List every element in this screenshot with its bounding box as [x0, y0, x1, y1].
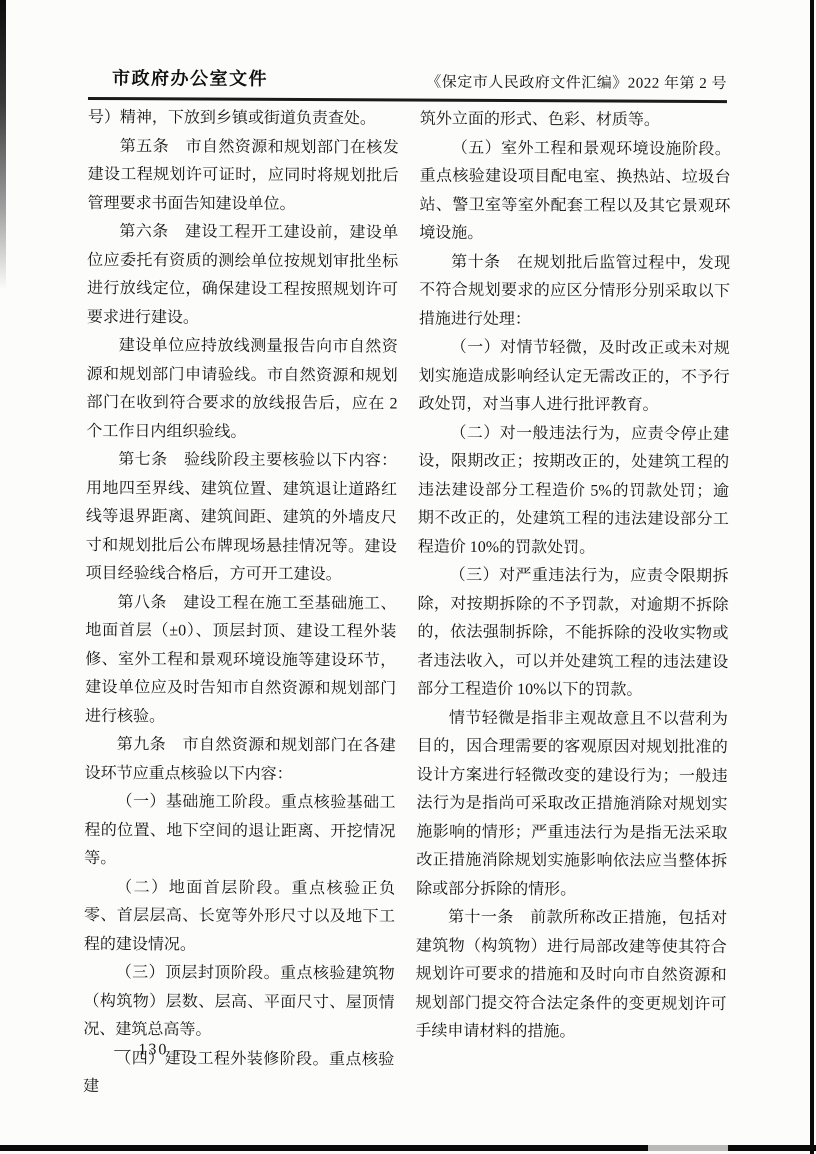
paragraph: 第八条 建设工程在施工至基础施工、地面首层（±0）、顶层封顶、建设工程外装修、室… [85, 588, 397, 732]
scan-edge-bottom-gap [648, 1145, 728, 1151]
scan-edge-right [810, 0, 814, 1154]
paragraph: 情节轻微是指非主观故意且不以营利为目的，因合理需要的客观原因对规划批准的设计方案… [416, 704, 728, 905]
paragraph: （一）基础施工阶段。重点核验基础工程的位置、地下空间的退让距离、开挖情况等。 [84, 788, 395, 875]
page-number: — 130 — [114, 1041, 192, 1059]
paragraph: （二）地面首层阶段。重点核验正负零、首层层高、长宽等外形尺寸以及地下工程的建设情… [84, 873, 395, 960]
paragraph: 第十一条 前款所称改正措施，包括对建筑物（构筑物）进行局部改建等使其符合规划许可… [415, 904, 727, 1048]
paragraph: 第七条 验线阶段主要核验以下内容：用地四至界线、建筑位置、建筑退让道路红线等退界… [86, 446, 398, 590]
right-column: 筑外立面的形式、色彩、材质等。（五）室外工程和景观环境设施阶段。重点核验建设项目… [415, 106, 731, 1105]
document-category-label: 市政府办公室文件 [88, 64, 268, 91]
paragraph: 第六条 建设工程开工建设前，建设单位应委托有资质的测绘单位按规划审批坐标进行放线… [87, 218, 399, 334]
paragraph: （五）室外工程和景观环境设施阶段。重点核验建设项目配电室、换热站、垃圾台站、警卫… [419, 134, 731, 250]
document-body: 号）精神，下放到乡镇或街道负责查处。第五条 市自然资源和规划部门在核发建设工程规… [83, 104, 731, 1105]
left-column: 号）精神，下放到乡镇或街道负责查处。第五条 市自然资源和规划部门在核发建设工程规… [83, 104, 399, 1103]
paragraph: 建设单位应持放线测量报告向市自然资源和规划部门申请验线。市自然资源和规划部门在收… [86, 332, 398, 448]
paragraph: （三）对严重违法行为，应责令限期拆除，对按期拆除的不予罚款，对逾期不拆除的，依法… [417, 562, 729, 706]
page-header: 市政府办公室文件 《保定市人民政府文件汇编》2022 年第 2 号 [88, 64, 727, 103]
compilation-title: 《保定市人民政府文件汇编》2022 年第 2 号 [426, 71, 727, 93]
page-content: 市政府办公室文件 《保定市人民政府文件汇编》2022 年第 2 号 号）精神，下… [0, 0, 816, 1154]
paragraph: 筑外立面的形式、色彩、材质等。 [420, 106, 731, 136]
paragraph: （三）顶层封顶阶段。重点核验建筑物（构筑物）层数、层高、平面尺寸、屋顶情况、建筑… [83, 959, 394, 1046]
paragraph: 第九条 市自然资源和规划部门在各建设环节应重点核验以下内容： [85, 731, 396, 790]
paragraph: （一）对情节轻微，及时改正或未对规划实施造成影响经认定无需改正的，不予行政处罚，… [418, 334, 729, 421]
paragraph: （二）对一般违法行为，应责令停止建设，限期改正；按期改正的，处建筑工程的违法建设… [418, 419, 730, 563]
scan-edge-left [0, 0, 6, 290]
paragraph: 第五条 市自然资源和规划部门在核发建设工程规划许可证时，应同时将规划批后管理要求… [87, 132, 398, 219]
scanned-document-page: 市政府办公室文件 《保定市人民政府文件汇编》2022 年第 2 号 号）精神，下… [0, 0, 816, 1154]
paragraph: 第十条 在规划批后监管过程中，发现不符合规划要求的应区分情形分别采取以下措施进行… [419, 248, 730, 335]
paragraph: 号）精神，下放到乡镇或街道负责查处。 [88, 104, 399, 134]
